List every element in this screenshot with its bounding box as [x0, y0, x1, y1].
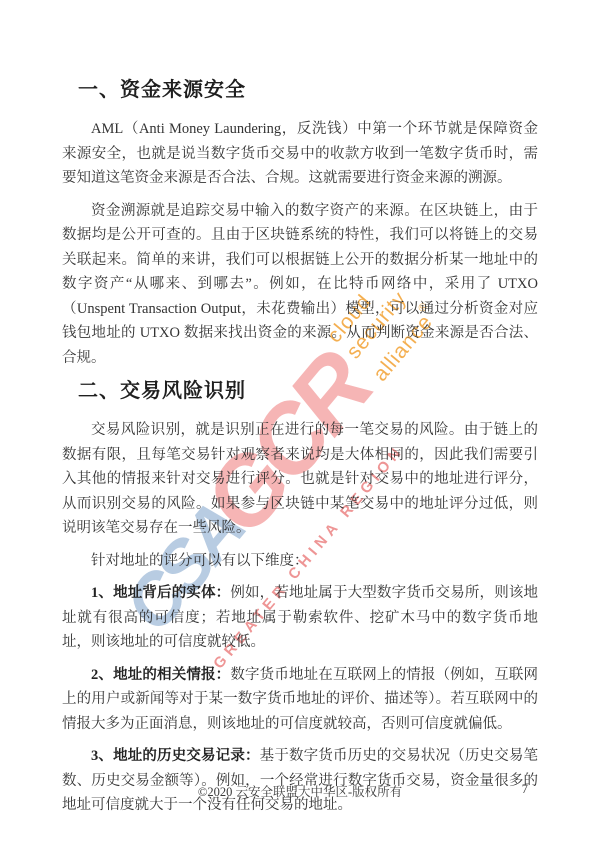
paragraph-aml-intro: AML（Anti Money Laundering，反洗钱）中第一个环节就是保障… — [62, 117, 538, 191]
section-heading-2: 二、交易风险识别 — [62, 378, 538, 404]
page-footer: ©2020 云安全联盟大中华区-版权所有 7 — [62, 782, 538, 800]
list-item-history-lead: 3、地址的历史交易记录： — [91, 748, 260, 764]
document-page: CSA GCR cloud security alliance® GREATER… — [0, 0, 600, 848]
list-item-history: 3、地址的历史交易记录：基于数字货币历史的交易状况（历史交易笔数、历史交易金额等… — [62, 744, 538, 818]
list-item-intelligence: 2、地址的相关情报：数字货币地址在互联网上的情报（例如，互联网上的用户或新闻等对… — [62, 663, 538, 737]
section-heading-1: 一、资金来源安全 — [62, 77, 538, 103]
footer-copyright: ©2020 云安全联盟大中华区-版权所有 — [198, 785, 402, 799]
paragraph-score-dimensions: 针对地址的评分可以有以下维度： — [62, 549, 538, 574]
list-item-entity-lead: 1、地址背后的实体： — [91, 585, 230, 601]
document-content: 一、资金来源安全 AML（Anti Money Laundering，反洗钱）中… — [62, 0, 538, 826]
list-item-intelligence-lead: 2、地址的相关情报： — [91, 667, 230, 683]
paragraph-risk-identification: 交易风险识别，就是识别正在进行的每一笔交易的风险。由于链上的数据有限，且每笔交易… — [62, 418, 538, 541]
list-item-entity: 1、地址背后的实体：例如，若地址属于大型数字货币交易所，则该地址就有很高的可信度… — [62, 581, 538, 655]
page-number: 7 — [522, 782, 528, 797]
paragraph-fund-tracing: 资金溯源就是追踪交易中输入的数字资产的来源。在区块链上，由于数据均是公开可查的。… — [62, 199, 538, 371]
